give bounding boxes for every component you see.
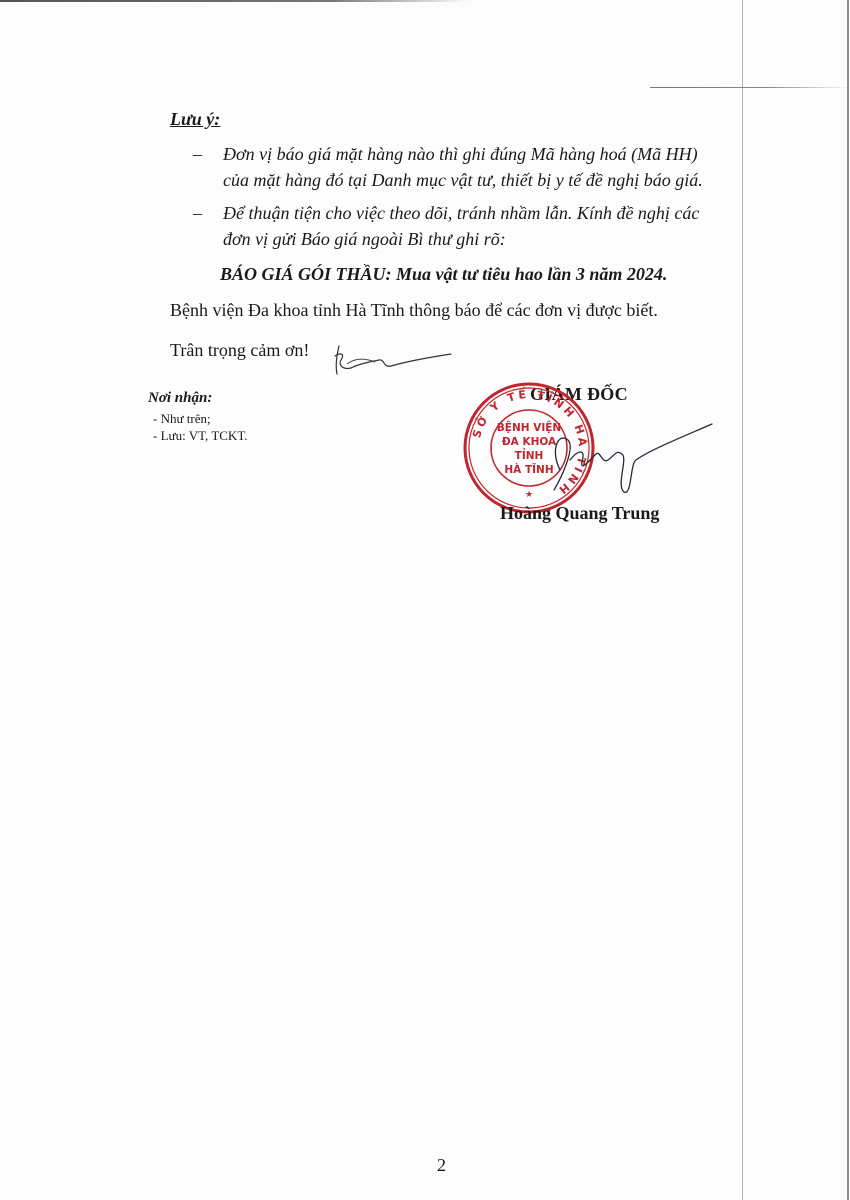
bullet-1-line-1: Đơn vị báo giá mặt hàng nào thì ghi đúng…	[223, 141, 703, 167]
bullet-dash: –	[193, 200, 202, 226]
thanks-paragraph: Trân trọng cảm ơn!	[170, 340, 309, 361]
handwritten-signature-icon	[520, 420, 720, 500]
tender-package-line: BÁO GIÁ GÓI THẦU: Mua vật tư tiêu hao lầ…	[220, 264, 667, 285]
recipient-item: - Như trên;	[153, 411, 211, 427]
initial-mark-icon	[325, 340, 455, 380]
bullet-2-line-2: đơn vị gửi Báo giá ngoài Bì thư ghi rõ:	[223, 226, 699, 252]
note-title: Lưu ý:	[170, 109, 220, 130]
scan-fold-line-vertical	[742, 0, 743, 1200]
scan-right-edge	[847, 0, 849, 1200]
signer-name: Hoàng Quang Trung	[500, 503, 659, 524]
recipients-title: Nơi nhận:	[148, 390, 212, 407]
page-number: 2	[437, 1155, 446, 1176]
scan-fold-line-horizontal	[650, 87, 850, 88]
bullet-2-line-1: Để thuận tiện cho việc theo dõi, tránh n…	[223, 200, 699, 226]
bullet-1-line-2: của mặt hàng đó tại Danh mục vật tư, thi…	[223, 167, 703, 193]
recipient-item: - Lưu: VT, TCKT.	[153, 428, 248, 444]
bullet-dash: –	[193, 141, 202, 167]
scan-top-edge	[0, 0, 470, 2]
notification-paragraph: Bệnh viện Đa khoa tỉnh Hà Tĩnh thông báo…	[170, 300, 658, 321]
